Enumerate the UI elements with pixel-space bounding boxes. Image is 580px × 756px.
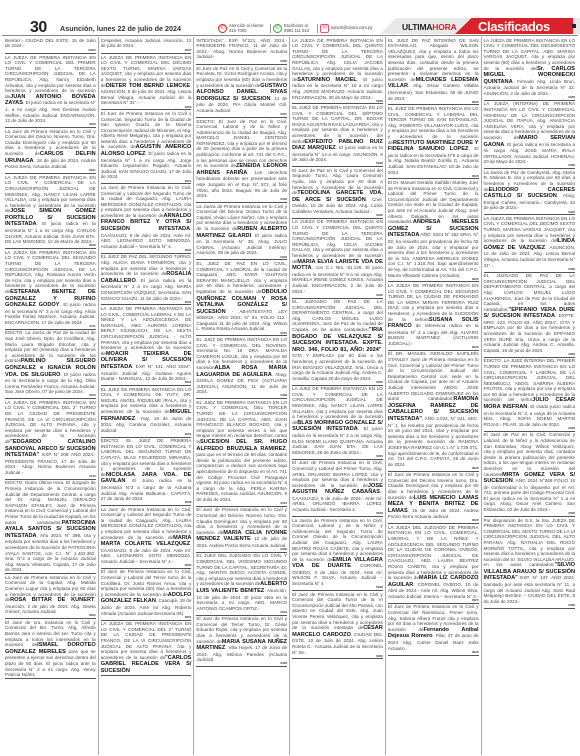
legal-notice: LA JUEZA DE PRIMERA INSTANCIA EN LO CIVI… xyxy=(292,219,383,299)
notice-text: LA JUEZA DE PRIMERA INSTANCIA EN LO CIVI… xyxy=(5,400,96,444)
column-4: LA JUEZA DE PRIMERA INSTANCIA EN LO CIVI… xyxy=(290,37,386,755)
notice-code: 0003 xyxy=(196,256,287,259)
notice-code: 0003 xyxy=(196,662,287,665)
section-title: Clasificados xyxy=(478,19,550,34)
notice-text: LA JUEZA DE PRIMERA INSTANCIA EN LO CIVI… xyxy=(5,55,96,99)
legal-notice: El Juez de Paz en lo Civil, Comercial y … xyxy=(484,432,576,517)
notice-text: El Dr. Manuel Geraldo Saifildin Stanley … xyxy=(388,180,479,224)
legal-notice: El Juez de Paz en lo Civil y Comercial d… xyxy=(196,65,287,118)
legal-notice: LA JUEZA DE PRIMERA INSTANCIA EN LO CIVI… xyxy=(5,54,96,128)
notice-code: 0302 xyxy=(5,614,96,617)
notice-code: 0026 xyxy=(292,655,383,658)
mail-icon: ✉ xyxy=(320,24,329,33)
column-2: Cespedes. Actuaria Judicial. Asunción, 1… xyxy=(99,37,195,755)
notice-code: 0001 xyxy=(101,433,192,436)
notice-code: 0001 xyxy=(101,616,192,619)
notice-code: 0008 xyxy=(196,394,287,397)
legal-notice: La Juez de Primera Instancia en lo Civil… xyxy=(5,574,96,619)
notice-text: LA JUEZA DEL JUZGADO DE PRIMERA INSTANCI… xyxy=(388,525,479,580)
notice-code: 0001 xyxy=(101,301,192,304)
decedent-name: ROSA BITTAR DE KUNERT xyxy=(10,597,94,603)
legal-notice: LA JUEZA DE PRIMERA INSTANCIA EN LO CIVI… xyxy=(388,282,479,350)
legal-notice: El Juez de Primera Instancia en lo Civil… xyxy=(196,507,287,553)
notice-code: 0026 xyxy=(292,294,383,297)
legal-notice: EDICTO: El Juez de Paz en lo Civil, Come… xyxy=(196,118,287,203)
notice-code: 0026 xyxy=(388,519,479,522)
whatsapp-contact: ✆ Escribinos al0981 111 013 xyxy=(273,24,309,33)
legal-notice: LA JUEZA DE PRIMERA INSTANCIA EN LO CIVI… xyxy=(484,37,576,101)
notice-code: 0026 xyxy=(292,586,383,589)
legal-notice: LA JUEZA DE PRIMERA INSTANCIA EN LO CIVI… xyxy=(101,621,192,676)
notice-text: , para que en el término de 60 días, con… xyxy=(196,446,287,502)
notice-code: 0026 xyxy=(292,381,383,384)
legal-notice: LA JUEZ DE PRIMERA INSTANCIA EN LO CIVIL… xyxy=(292,386,383,460)
page-header: 30 Asunción, lunes 22 de julio de 2024 ✆… xyxy=(0,0,580,34)
decedent-name: SUCESION DEL SR. HUGO ALFREDO BRUZUELA R… xyxy=(196,439,287,452)
email-contact[interactable]: ✉ avisos@uhora.com.py xyxy=(320,24,373,33)
legal-notice: EL JUEZ DE PRIMERA INSTANCIA EN LO CIVIL… xyxy=(388,105,479,179)
notice-text: . EXPTE. NRO. 423, FOLIO 83, AÑO 2024". … xyxy=(484,313,576,353)
legal-notice: La Jueza de Paz de Cambyretá, Abg. María… xyxy=(484,169,576,215)
legal-notice: La Juez de Primera Instancia en lo Civil… xyxy=(5,128,96,174)
notice-code: 0001 xyxy=(196,502,287,505)
decedent-name: RESTITUTO MARTINEZ DURE Y FIDELINA SAMUD… xyxy=(388,140,479,153)
legal-notice: Por disposición de S.S. la Sra. JUEZA DE… xyxy=(484,517,576,609)
legal-notice: Benítez.- CIUDAD DEL ESTE, 15 de Julio d… xyxy=(5,37,96,54)
divider xyxy=(270,24,271,33)
notice-code: 0002 xyxy=(196,60,287,63)
notice-code: 0001 xyxy=(101,249,192,252)
notice-code: 0026 xyxy=(388,599,479,602)
notice-code: 0006 xyxy=(196,548,287,551)
legal-notice: LA JUEZA DEL JUZGADO DE PRIMERA INSTANCI… xyxy=(388,524,479,604)
notice-code: 0026 xyxy=(484,164,576,167)
page-date: Asunción, lunes 22 de julio de 2024 xyxy=(60,24,181,33)
notice-text: EDICTO. Diario Última Hora. El Juzgado d… xyxy=(5,480,96,524)
column-5: EL JUEZ DE PAZ INTERINO DE SAN ESTANISLA… xyxy=(386,37,482,755)
legal-notice: EL JUEZ DEL JUZGADO EN LO CIVIL Y COMERC… xyxy=(196,553,287,616)
notice-text: La Jueza de Primera Instancia en lo Civi… xyxy=(292,518,383,562)
legal-notice: EL JUZGADO DE PAZ DE LA CIRCUNSCRIPCIÓN … xyxy=(292,299,383,386)
notice-code: 3226 xyxy=(5,123,96,126)
notice-code: 0140 xyxy=(5,475,96,478)
decedent-name: DIETER TOM BERND LEMCKE xyxy=(106,83,190,89)
column-1: Benítez.- CIUDAD DEL ESTE, 15 de Julio d… xyxy=(3,37,99,755)
notice-code: 0026 xyxy=(484,353,576,356)
legal-notice: INTESTADA". EXP. N°221, AÑO 2024.- PRESI… xyxy=(196,37,287,65)
legal-notice: La Juez de Primera Instancia en lo Civil… xyxy=(101,506,192,569)
legal-notice: El Juez de Primera Instancia en lo Civil… xyxy=(101,110,192,184)
legal-notice: EDICTO. La Jueza de Paz de la ciudad de … xyxy=(5,330,96,399)
legal-notice: EL JUEZ DE PAZ DEL SEGUNDO TURNO, Abg. A… xyxy=(101,254,192,306)
legal-notice: EL JUEZ DE PAZ EN LO CIVIL, COMERCIAL Y … xyxy=(196,260,287,336)
legal-notice: LA JUEZA DE PRIMERA INSTANCIA EN LO CIVI… xyxy=(5,249,96,330)
notice-code: 0001 xyxy=(196,611,287,614)
notice-text: AÑO: 2024 N° 352 SRIA. N° 02, ha resuelt… xyxy=(388,232,479,277)
legal-notice: La Juez de Primera Instancia en lo Civil… xyxy=(101,184,192,253)
notice-code: 0026 xyxy=(292,512,383,515)
legal-notice: La Jueza de Primera Instancia en lo Civi… xyxy=(196,203,287,260)
legal-notice: El Juez de 1ra. Instancia en lo Civil y … xyxy=(5,619,96,679)
notice-text: LA JUEZA DE PRIMERA INSTANCIA EN LO CIVI… xyxy=(101,306,192,356)
legal-notice: LA JUEZA DE PRIMERA INSTANCIA EN LO CIVI… xyxy=(292,37,383,104)
notice-code: 0026 xyxy=(388,467,479,470)
notice-code: 0008 xyxy=(101,501,192,504)
notice-code: 0026 xyxy=(484,512,576,515)
legal-notice: La Jueza de Primera Instancia en lo Civi… xyxy=(292,517,383,591)
notice-code: 0026 xyxy=(388,346,479,349)
legal-notice: LA JUEZA DE PRIMERA INSTANCIA EN LO CIVI… xyxy=(5,174,96,249)
legal-notice: El Juez de Primera Instancia en lo Civil… xyxy=(388,604,479,656)
legal-notice: El Juez de Primera Instancia en lo Civil… xyxy=(101,569,192,621)
notice-code: 0026 xyxy=(388,278,479,281)
notice-code: 003/0 xyxy=(5,49,96,52)
notice-code: 0321 xyxy=(5,169,96,172)
legal-notice: LA JUEZA DE PRIMERA INSTANCIA EN LO CIVI… xyxy=(101,54,192,110)
legal-notice: El Juez de Paz en lo Civil y Comercial d… xyxy=(292,167,383,219)
newspaper-logo: ULTIMAHORA xyxy=(402,22,457,32)
notice-code: 0001 xyxy=(196,113,287,116)
notice-code: 3026 xyxy=(5,244,96,247)
notice-text: EL JUEZ DE PAZ INTERINO DE SAN ESTANISLA… xyxy=(388,38,479,82)
notice-code: 0100 xyxy=(5,394,96,397)
legal-notice: EL JUEZ DE PRIMERA INSTANCIA EN LO CIVIL… xyxy=(292,104,383,167)
notice-code: 0001 xyxy=(101,381,192,384)
notice-text: Cespedes. Actuaria Judicial. Asunción, 1… xyxy=(101,38,192,49)
notice-text: INTESTADA". EXP. N°221, AÑO 2024.- PRESI… xyxy=(196,38,287,60)
legal-notice: EDICTO: EL JUEZ DE PRIMERA INSTANCIA EN … xyxy=(101,438,192,506)
legal-notice: EL JUZGADO DE PAZ DE LA CIRCUNSCRIPCIÓN … xyxy=(484,273,576,358)
notice-code: 0026 xyxy=(292,455,383,458)
notice-text: LA JUEZA DE PRIMERA INSTANCIA EN LO CIVI… xyxy=(292,38,383,82)
banner-mark xyxy=(572,24,576,28)
notice-code: 0026 xyxy=(388,175,479,178)
legal-notice: Cespedes. Actuaria Judicial. Asunción, 1… xyxy=(101,37,192,54)
phone-icon: ✆ xyxy=(218,24,227,33)
notice-text: LA JUEZA DE PRIMERA INSTANCIA EN LO CIVI… xyxy=(5,250,96,294)
notice-code: 0026 xyxy=(484,604,576,607)
notice-text: EDICTO: El Juez de Paz en lo Civil, Come… xyxy=(196,119,287,169)
notice-text: , Año 2024, N° 398, cita y emplaza por s… xyxy=(5,533,96,573)
notice-text: El Juez de Paz en lo Civil, Comercial y … xyxy=(484,432,576,476)
notice-code: 0026 xyxy=(484,427,576,430)
customer-service-contact: ✆ Atención al cliente:415 7000 xyxy=(218,24,264,33)
legal-notice: LA JUEZA DE PRIMERA INSTANCIA EN LO CIVI… xyxy=(484,215,576,272)
legal-notice: EDICTO: LA JUEZ INTERINA DEL PRIMER TURN… xyxy=(484,358,576,432)
divider xyxy=(317,24,318,33)
legal-notice: LA JUEZA DE PRIMERA INSTANCIA EN LO CIVI… xyxy=(5,399,96,480)
notice-code: 0203 xyxy=(101,106,192,109)
notice-code: 0111 xyxy=(5,325,96,328)
notice-code: 0002 xyxy=(101,564,192,567)
notice-code: 0026 xyxy=(484,268,576,271)
legal-notice: LA JUEZA (INTERINA) DE PRIMERA INSTANCIA… xyxy=(484,101,576,169)
notice-code: 0007 xyxy=(101,49,192,52)
notice-code: 0026 xyxy=(388,651,479,654)
notice-code: 0026 xyxy=(484,96,576,99)
notice-code: 0026 xyxy=(388,101,479,104)
notice-text: Por disposición de S.S. la Sra. JUEZA DE… xyxy=(484,518,576,568)
legal-notice: EL JUEZ DE PRIMERA INSTANCIA EN LO CIVIL… xyxy=(196,336,287,399)
legal-notice: EDICTO. Diario Última Hora. El Juzgado d… xyxy=(5,480,96,574)
legal-notice: El Dr. Manuel Geraldo Saifildin Stanley … xyxy=(388,179,479,282)
header-rule xyxy=(2,35,578,36)
notice-code: 0026 xyxy=(292,162,383,165)
notice-text: EL JUEZ DE PRIMERA INSTANCIA EN LO CIVIL… xyxy=(196,400,287,444)
column-3: INTESTADA". EXP. N°221, AÑO 2024.- PRESI… xyxy=(194,37,290,755)
legal-notice: El Juez de Primera Instancia en lo Civil… xyxy=(388,472,479,525)
legal-notice: EL JUEZ DE PAZ INTERINO DE SAN ESTANISLA… xyxy=(388,37,479,105)
whatsapp-icon: ✆ xyxy=(273,24,282,33)
notice-text: Benítez.- CIUDAD DEL ESTE, 15 de Julio d… xyxy=(5,38,96,49)
legal-notice: El Juez de Primera Instancia en lo Civil… xyxy=(292,460,383,517)
notice-text: , AÑO 2.024, N° 321, SEC. N° 1, ha resue… xyxy=(388,416,479,467)
notice-text: EDICTO: LA JUEZ INTERINA DEL PRIMER TURN… xyxy=(484,358,576,402)
decedent-name: SATURNINO MACIEL xyxy=(297,77,357,83)
legal-notice: El Juez de Primera Instancia en lo Civil… xyxy=(196,616,287,668)
legal-notice: El DR. MANUEL GERALDO SAIFILDIN STANLEY … xyxy=(388,351,479,472)
legal-notice: LA JUEZA DE PRIMERA INSTANCIA EN LO CIVI… xyxy=(101,305,192,386)
notice-code: 0002 xyxy=(196,198,287,201)
column-6: LA JUEZA DE PRIMERA INSTANCIA EN LO CIVI… xyxy=(482,37,578,755)
legal-notice: El Juez de Primera Instancia en lo Civil… xyxy=(292,591,383,659)
notice-code: 0026 xyxy=(292,100,383,103)
notice-code: 0026 xyxy=(484,211,576,214)
notice-code: 0001 xyxy=(196,332,287,335)
classifieds-columns: Benítez.- CIUDAD DEL ESTE, 15 de Julio d… xyxy=(3,37,577,755)
legal-notice: EL JUEZ DE PRIMERA INSTANCIA EN LO CIVIL… xyxy=(196,399,287,507)
notice-text: El DR. MANUEL GERALDO SAIFILDIN STANLEY … xyxy=(388,351,479,401)
notice-text: LA JUEZA DE PRIMERA INSTANCIA EN LO CIVI… xyxy=(292,219,383,263)
legal-notice: EL JUEZ DE PRIMERA INSTANCIA EN LO CIVIL… xyxy=(101,386,192,438)
notice-code: 0001 xyxy=(101,180,192,183)
notice-code: 0026 xyxy=(292,214,383,217)
